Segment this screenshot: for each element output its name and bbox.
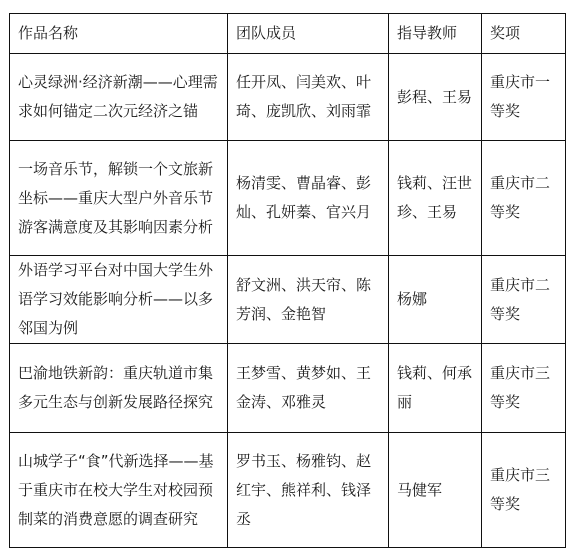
table-row: 山城学子“食”代新选择——基于重庆市在校大学生对校园预制菜的消费意愿的调查研究 … xyxy=(10,433,566,548)
cell-advisors: 彭程、王易 xyxy=(389,54,482,141)
cell-title: 巴渝地铁新韵：重庆轨道市集多元生态与创新发展路径探究 xyxy=(10,344,228,433)
cell-title: 外语学习平台对中国大学生外语学习效能影响分析——以多邻国为例 xyxy=(10,256,228,344)
cell-members: 杨清雯、曹晶睿、彭灿、孔妍蓁、官兴月 xyxy=(228,141,389,256)
cell-advisors: 马健军 xyxy=(389,433,482,548)
table-row: 巴渝地铁新韵：重庆轨道市集多元生态与创新发展路径探究 王梦雪、黄梦如、王金涛、邓… xyxy=(10,344,566,433)
cell-title: 心灵绿洲·经济新潮——心理需求如何锚定二次元经济之锚 xyxy=(10,54,228,141)
table-row: 心灵绿洲·经济新潮——心理需求如何锚定二次元经济之锚 任开凤、闫美欢、叶琦、庞凯… xyxy=(10,54,566,141)
cell-award: 重庆市一等奖 xyxy=(482,54,566,141)
cell-members: 任开凤、闫美欢、叶琦、庞凯欣、刘雨霏 xyxy=(228,54,389,141)
cell-award: 重庆市二等奖 xyxy=(482,141,566,256)
header-members: 团队成员 xyxy=(228,14,389,54)
cell-members: 罗书玉、杨雅钧、赵红宇、熊祥利、钱泽丞 xyxy=(228,433,389,548)
cell-title: 一场音乐节，解锁一个文旅新坐标——重庆大型户外音乐节游客满意度及其影响因素分析 xyxy=(10,141,228,256)
table-row: 一场音乐节，解锁一个文旅新坐标——重庆大型户外音乐节游客满意度及其影响因素分析 … xyxy=(10,141,566,256)
cell-members: 王梦雪、黄梦如、王金涛、邓雅灵 xyxy=(228,344,389,433)
header-advisors: 指导教师 xyxy=(389,14,482,54)
cell-members: 舒文洲、洪天帘、陈芳润、金艳智 xyxy=(228,256,389,344)
cell-advisors: 杨娜 xyxy=(389,256,482,344)
cell-advisors: 钱莉、何承丽 xyxy=(389,344,482,433)
cell-advisors: 钱莉、汪世珍、王易 xyxy=(389,141,482,256)
cell-award: 重庆市二等奖 xyxy=(482,256,566,344)
awards-table: 作品名称 团队成员 指导教师 奖项 心灵绿洲·经济新潮——心理需求如何锚定二次元… xyxy=(9,13,566,548)
cell-title: 山城学子“食”代新选择——基于重庆市在校大学生对校园预制菜的消费意愿的调查研究 xyxy=(10,433,228,548)
table-row: 外语学习平台对中国大学生外语学习效能影响分析——以多邻国为例 舒文洲、洪天帘、陈… xyxy=(10,256,566,344)
cell-award: 重庆市三等奖 xyxy=(482,433,566,548)
cell-award: 重庆市三等奖 xyxy=(482,344,566,433)
table-header-row: 作品名称 团队成员 指导教师 奖项 xyxy=(10,14,566,54)
header-award: 奖项 xyxy=(482,14,566,54)
header-title: 作品名称 xyxy=(10,14,228,54)
